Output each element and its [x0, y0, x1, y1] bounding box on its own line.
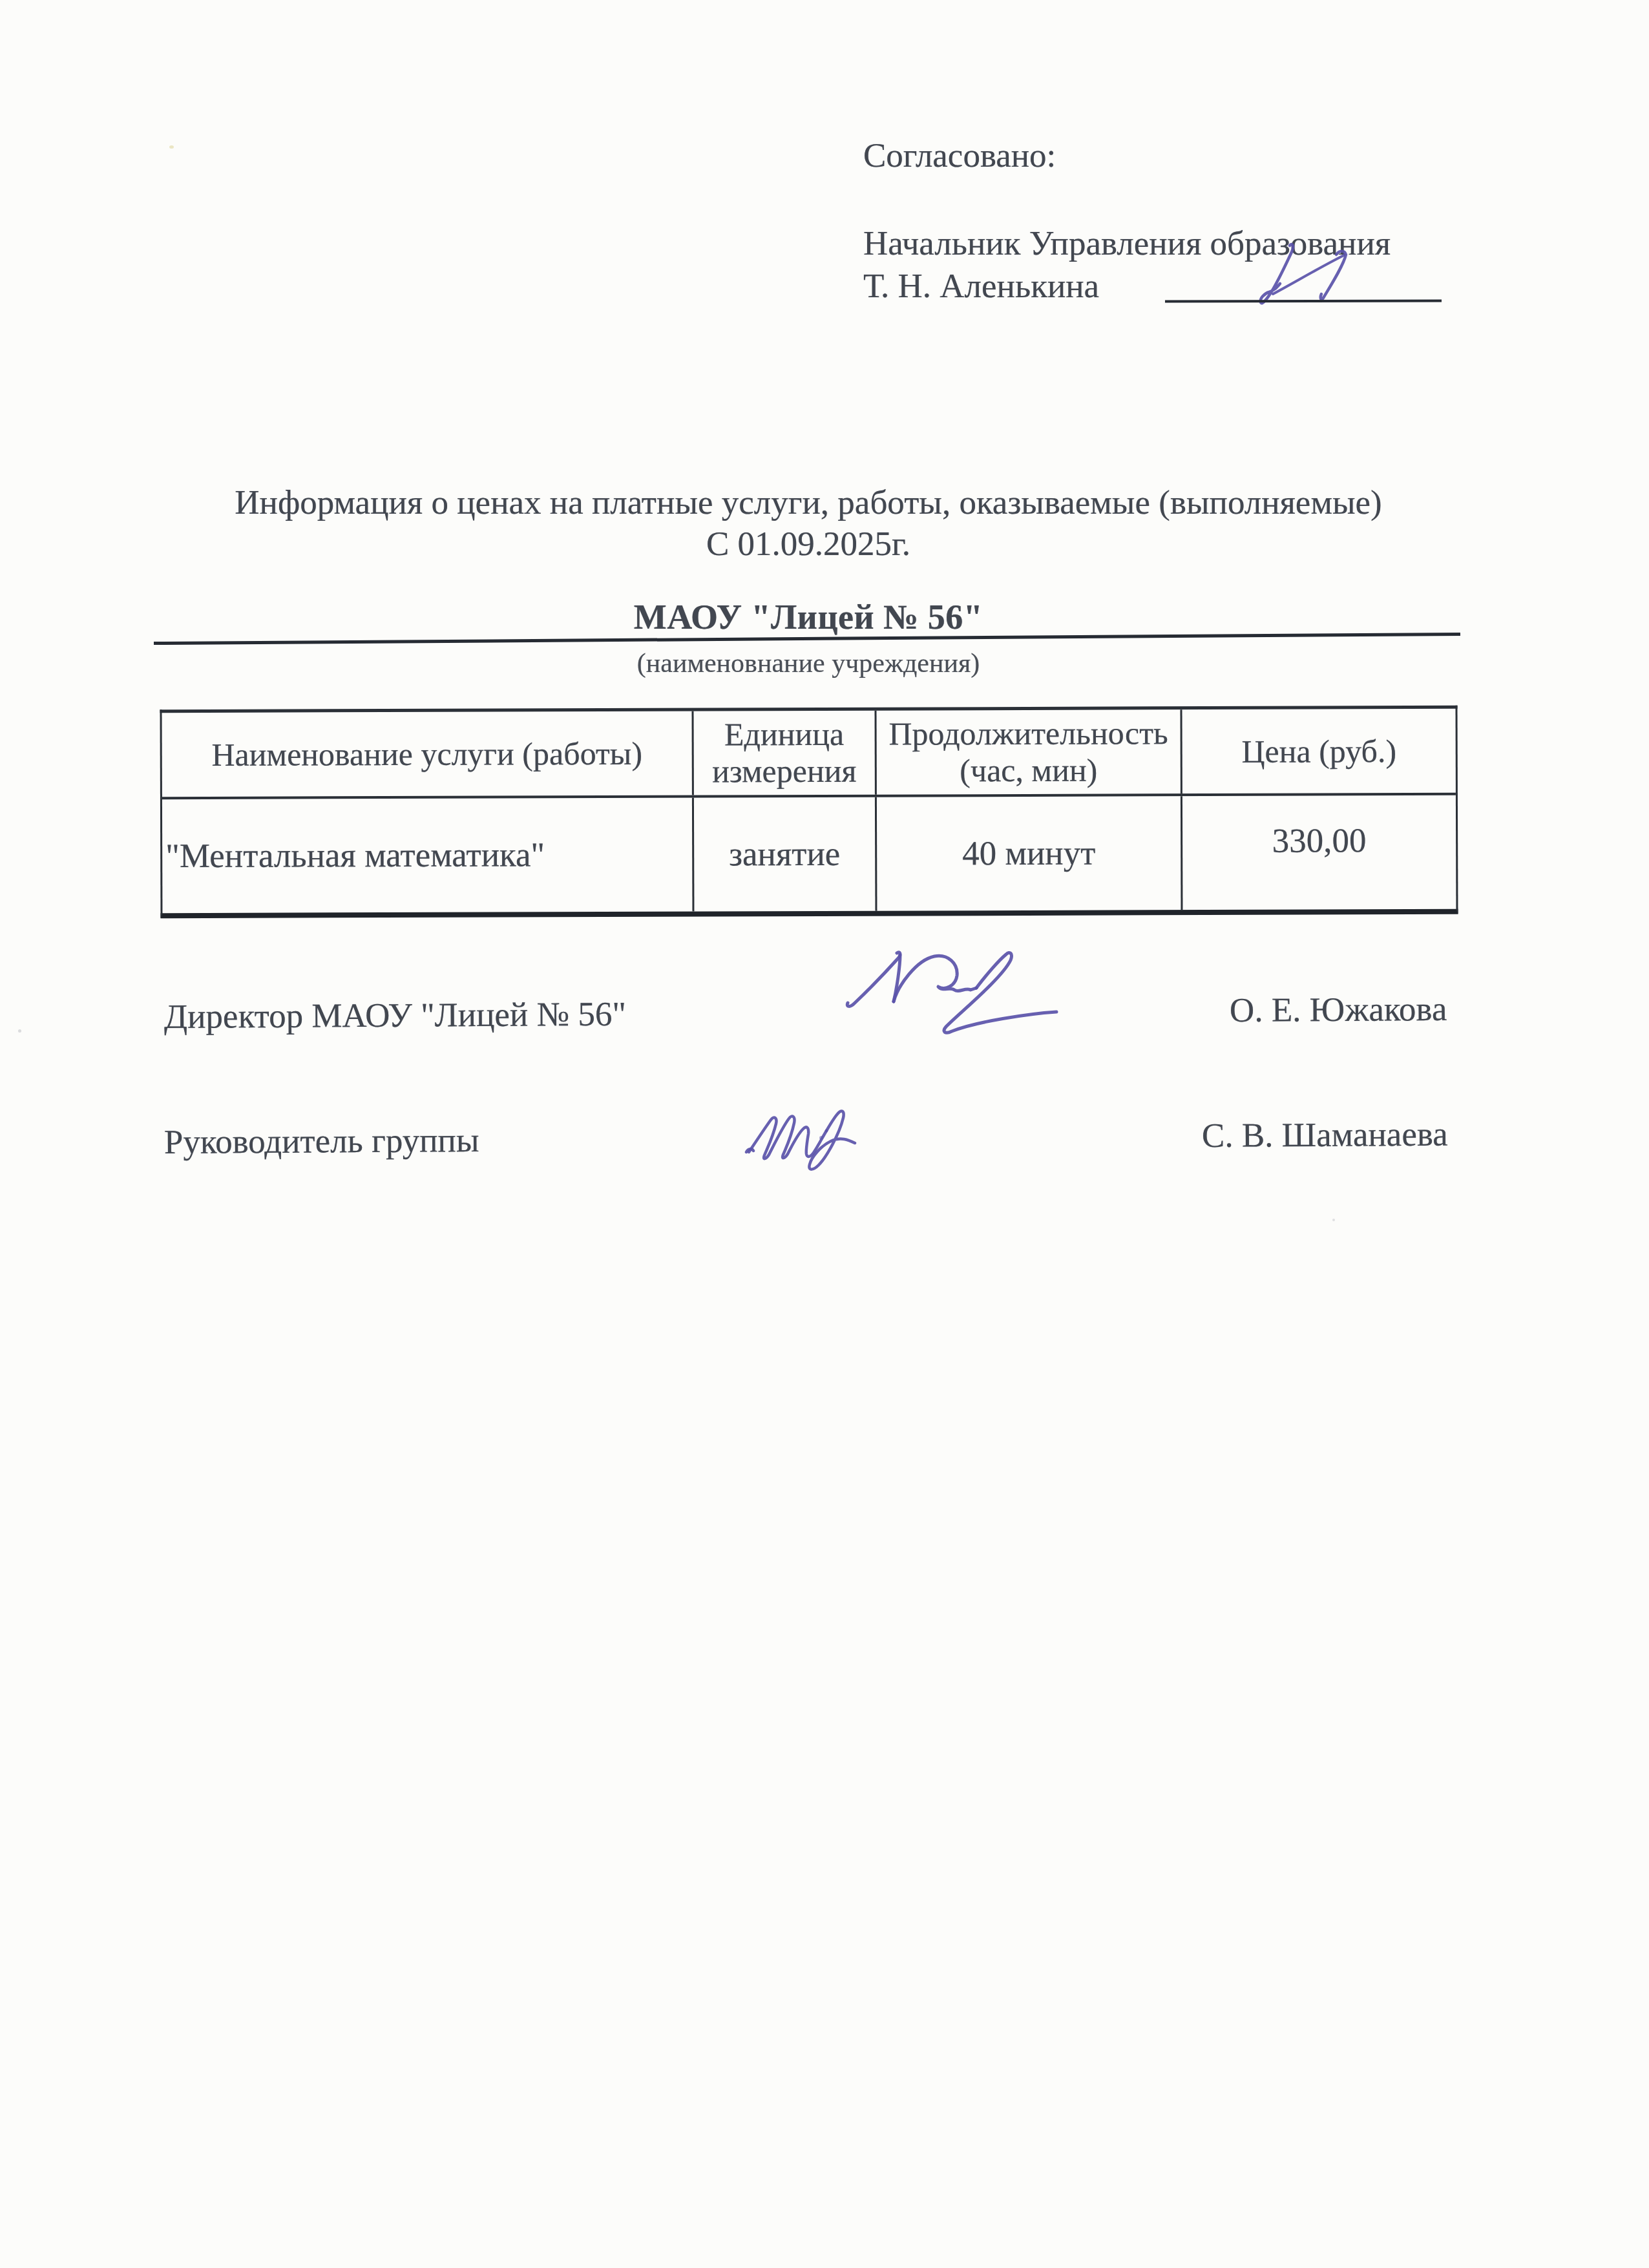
director-name: О. Е. Южакова: [1230, 989, 1447, 1031]
scan-speck: [1332, 1219, 1335, 1221]
scan-speck: [169, 145, 174, 149]
price-table: Наименование услуги (работы) Единица изм…: [160, 706, 1458, 918]
duration-value: 40 минут: [962, 834, 1095, 874]
price-value: 330,00: [1272, 821, 1367, 860]
approver-signature: [1254, 226, 1422, 310]
service-name-value: "Ментальная математика": [165, 835, 545, 876]
director-role-label: Директор МАОУ "Лицей № 56": [164, 994, 626, 1038]
ink-dot: [819, 1136, 823, 1140]
header-cell-service: Наименование услуги (работы): [162, 711, 694, 797]
group-leader-signature: [740, 1098, 863, 1176]
cell-service-name: "Ментальная математика": [162, 798, 695, 914]
agreed-label: Согласовано:: [863, 136, 1056, 176]
scan-speck: [18, 1029, 21, 1033]
institution-caption: (наименовнание учреждения): [159, 648, 1458, 679]
header-label-unit: Единица измерения: [694, 716, 875, 790]
cell-unit: занятие: [694, 797, 877, 912]
institution-name: МАОУ "Лицей № 56": [159, 597, 1458, 637]
header-label-price: Цена (руб.): [1241, 733, 1396, 770]
document-title-line2: С 01.09.2025г.: [159, 523, 1458, 565]
header-label-service: Наименование услуги (работы): [211, 735, 642, 773]
document-title-line1: Информация о ценах на платные услуги, ра…: [159, 482, 1458, 523]
header-cell-unit: Единица измерения: [694, 711, 877, 795]
cell-duration: 40 минут: [877, 796, 1183, 910]
header-label-duration: Продолжительность (час, мин): [877, 715, 1181, 789]
group-leader-role-label: Руководитель группы: [164, 1120, 479, 1163]
director-signature: [840, 940, 1073, 1044]
header-cell-duration: Продолжительность (час, мин): [877, 709, 1182, 794]
price-table-row: "Ментальная математика" занятие 40 минут…: [162, 795, 1456, 913]
group-leader-name: С. В. Шаманаева: [1202, 1115, 1448, 1157]
price-table-header-row: Наименование услуги (работы) Единица изм…: [162, 709, 1456, 799]
cell-price: 330,00: [1182, 795, 1456, 910]
header-cell-price: Цена (руб.): [1182, 709, 1456, 793]
scanned-document-page: { "palette": { "ink": "#424750", "table_…: [0, 0, 1649, 2268]
unit-value: занятие: [729, 835, 840, 874]
